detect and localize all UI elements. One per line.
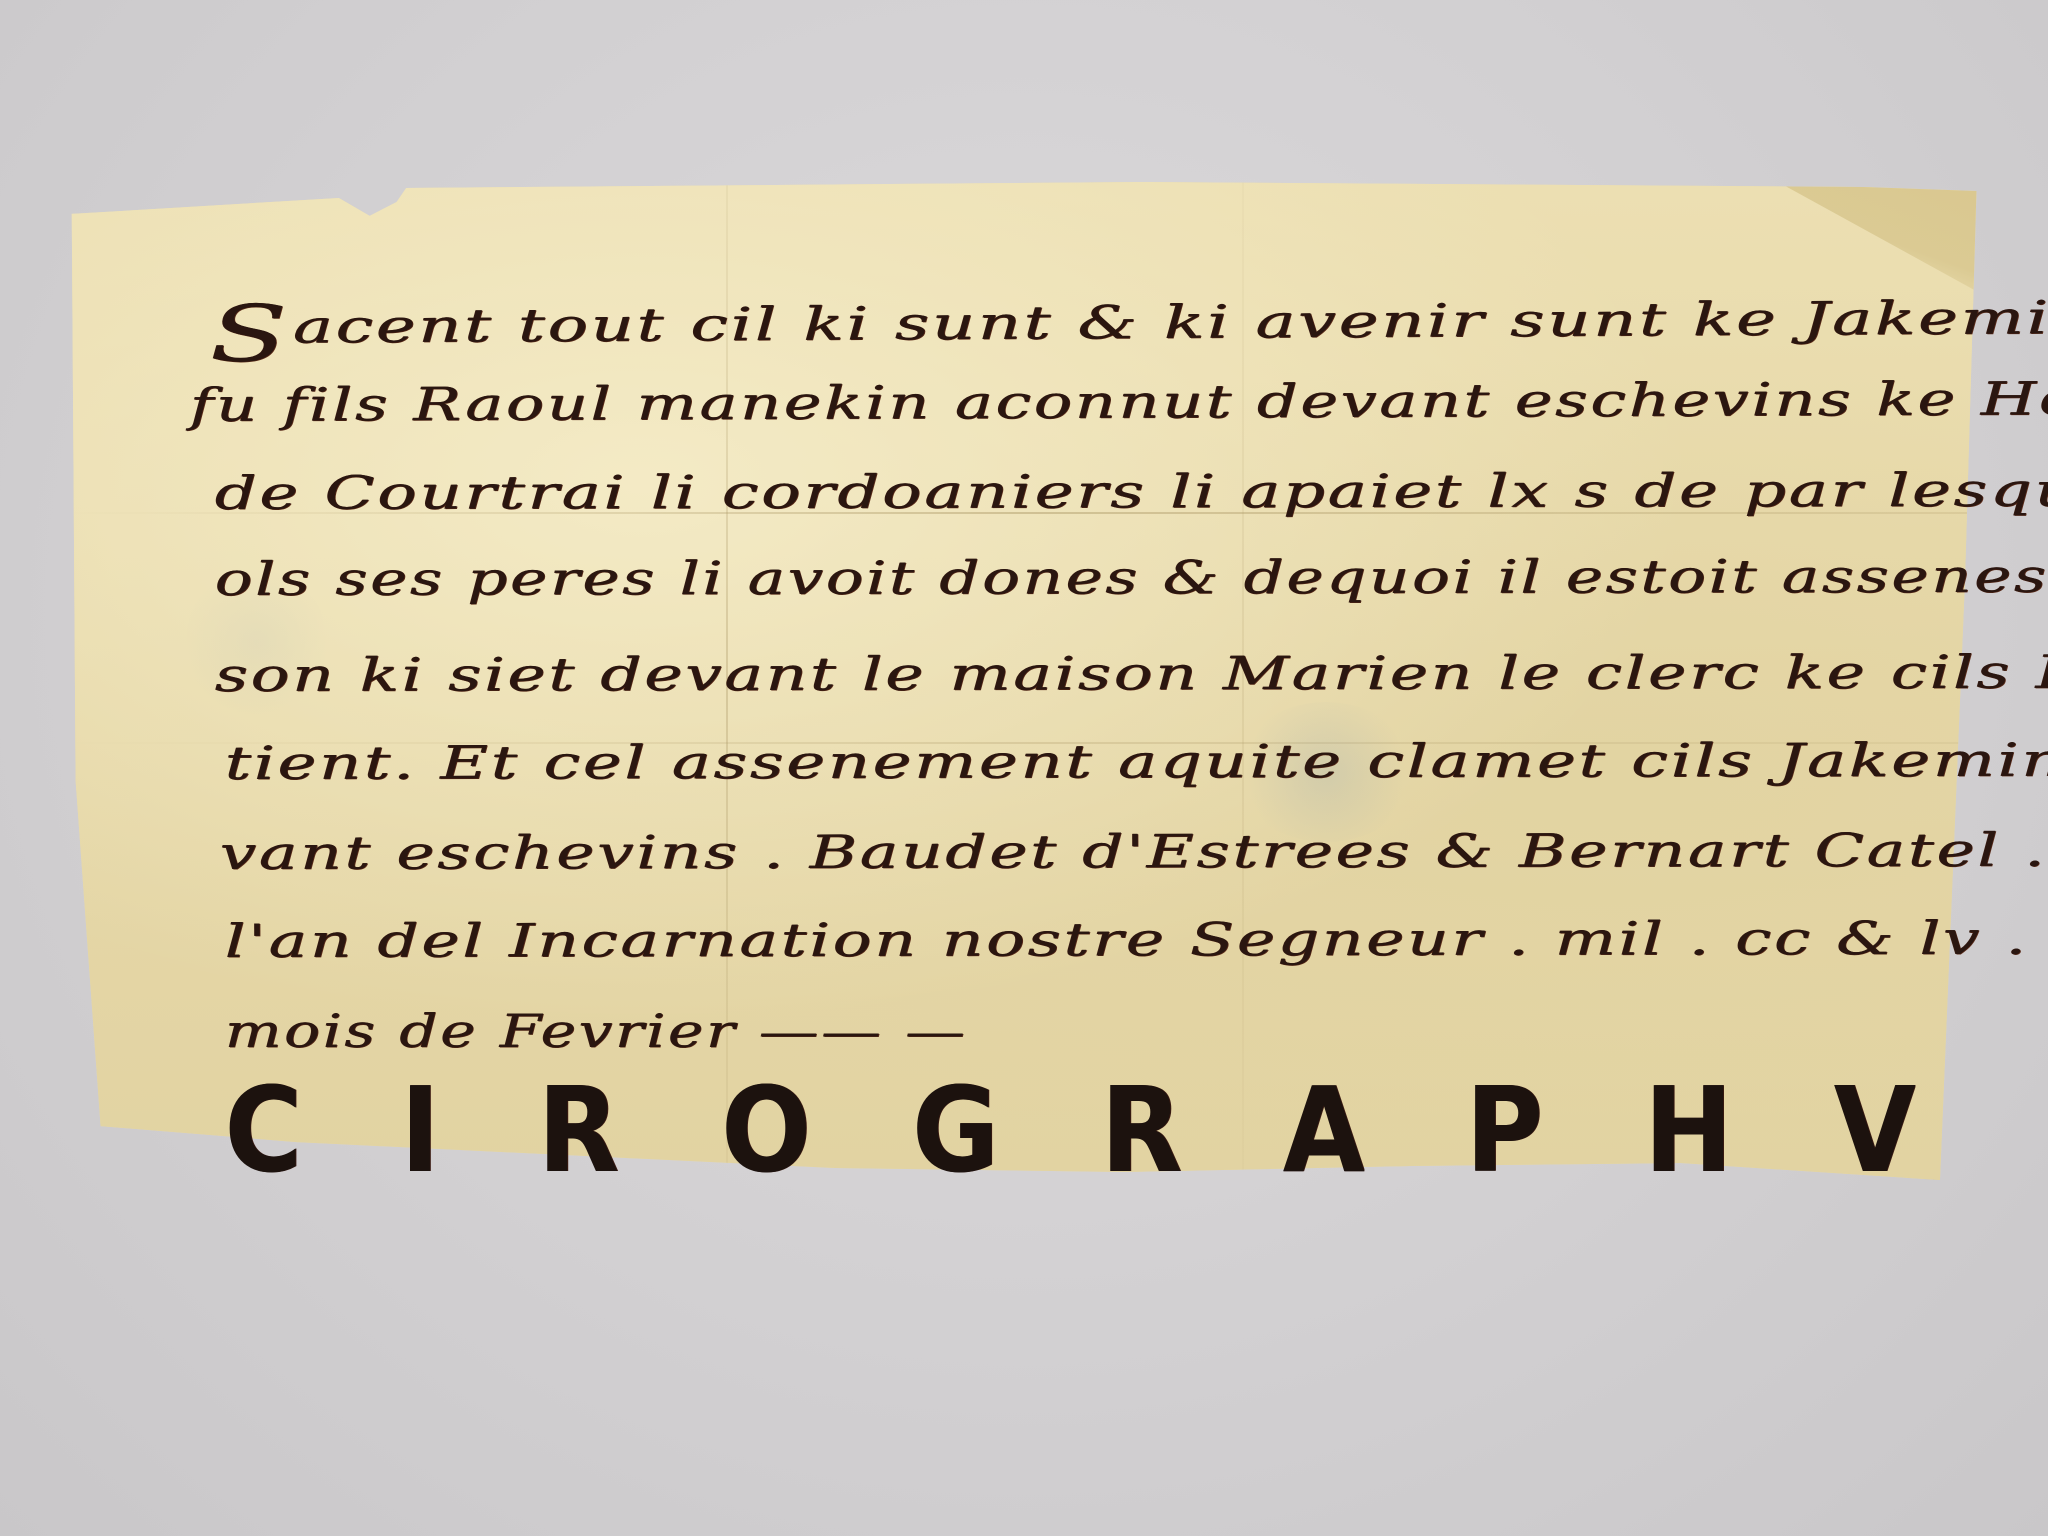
- decorated-initial: S: [210, 290, 291, 380]
- chirograph-letter: R: [1100, 1075, 1182, 1185]
- chirograph-letter: V: [1833, 1075, 1915, 1185]
- text-line-7: vant eschevins . Baudet d'Estrees & Bern…: [220, 823, 2048, 880]
- chirograph-letter: G: [912, 1075, 999, 1185]
- text-line-2: fu fils Raoul manekin aconnut devant esc…: [190, 371, 2048, 432]
- chirograph-letter: H: [1643, 1075, 1732, 1185]
- text-line-8: l'an del Incarnation nostre Segneur . mi…: [225, 911, 2048, 968]
- chirograph-cut-letters: C I R O G R A P H V: [220, 1075, 1920, 1185]
- chirograph-letter: I: [400, 1075, 440, 1185]
- chirograph-letter: C: [224, 1075, 302, 1185]
- photograph: Sacent tout cil ki sunt & ki avenir sunt…: [0, 0, 2048, 1536]
- chirograph-letter: P: [1465, 1075, 1543, 1185]
- text-line-4: ols ses peres li avoit dones & dequoi il…: [215, 548, 2048, 606]
- text-line-6: tient. Et cel assenement aquite clamet c…: [225, 733, 2048, 790]
- chirograph-letter: R: [538, 1075, 620, 1185]
- chirograph-letter: O: [721, 1075, 811, 1185]
- text-line-9: mois de Fevrier —— —: [225, 1004, 968, 1058]
- text-line-1: Sacent tout cil ki sunt & ki avenir sunt…: [210, 279, 2048, 380]
- chirograph-letter: A: [1282, 1075, 1364, 1185]
- text-line-5: son ki siet devant le maison Marien le c…: [215, 644, 2048, 702]
- text-line-3: de Courtrai li cordoaniers li apaiet lx …: [215, 462, 2048, 520]
- folded-corner: [1778, 182, 1978, 292]
